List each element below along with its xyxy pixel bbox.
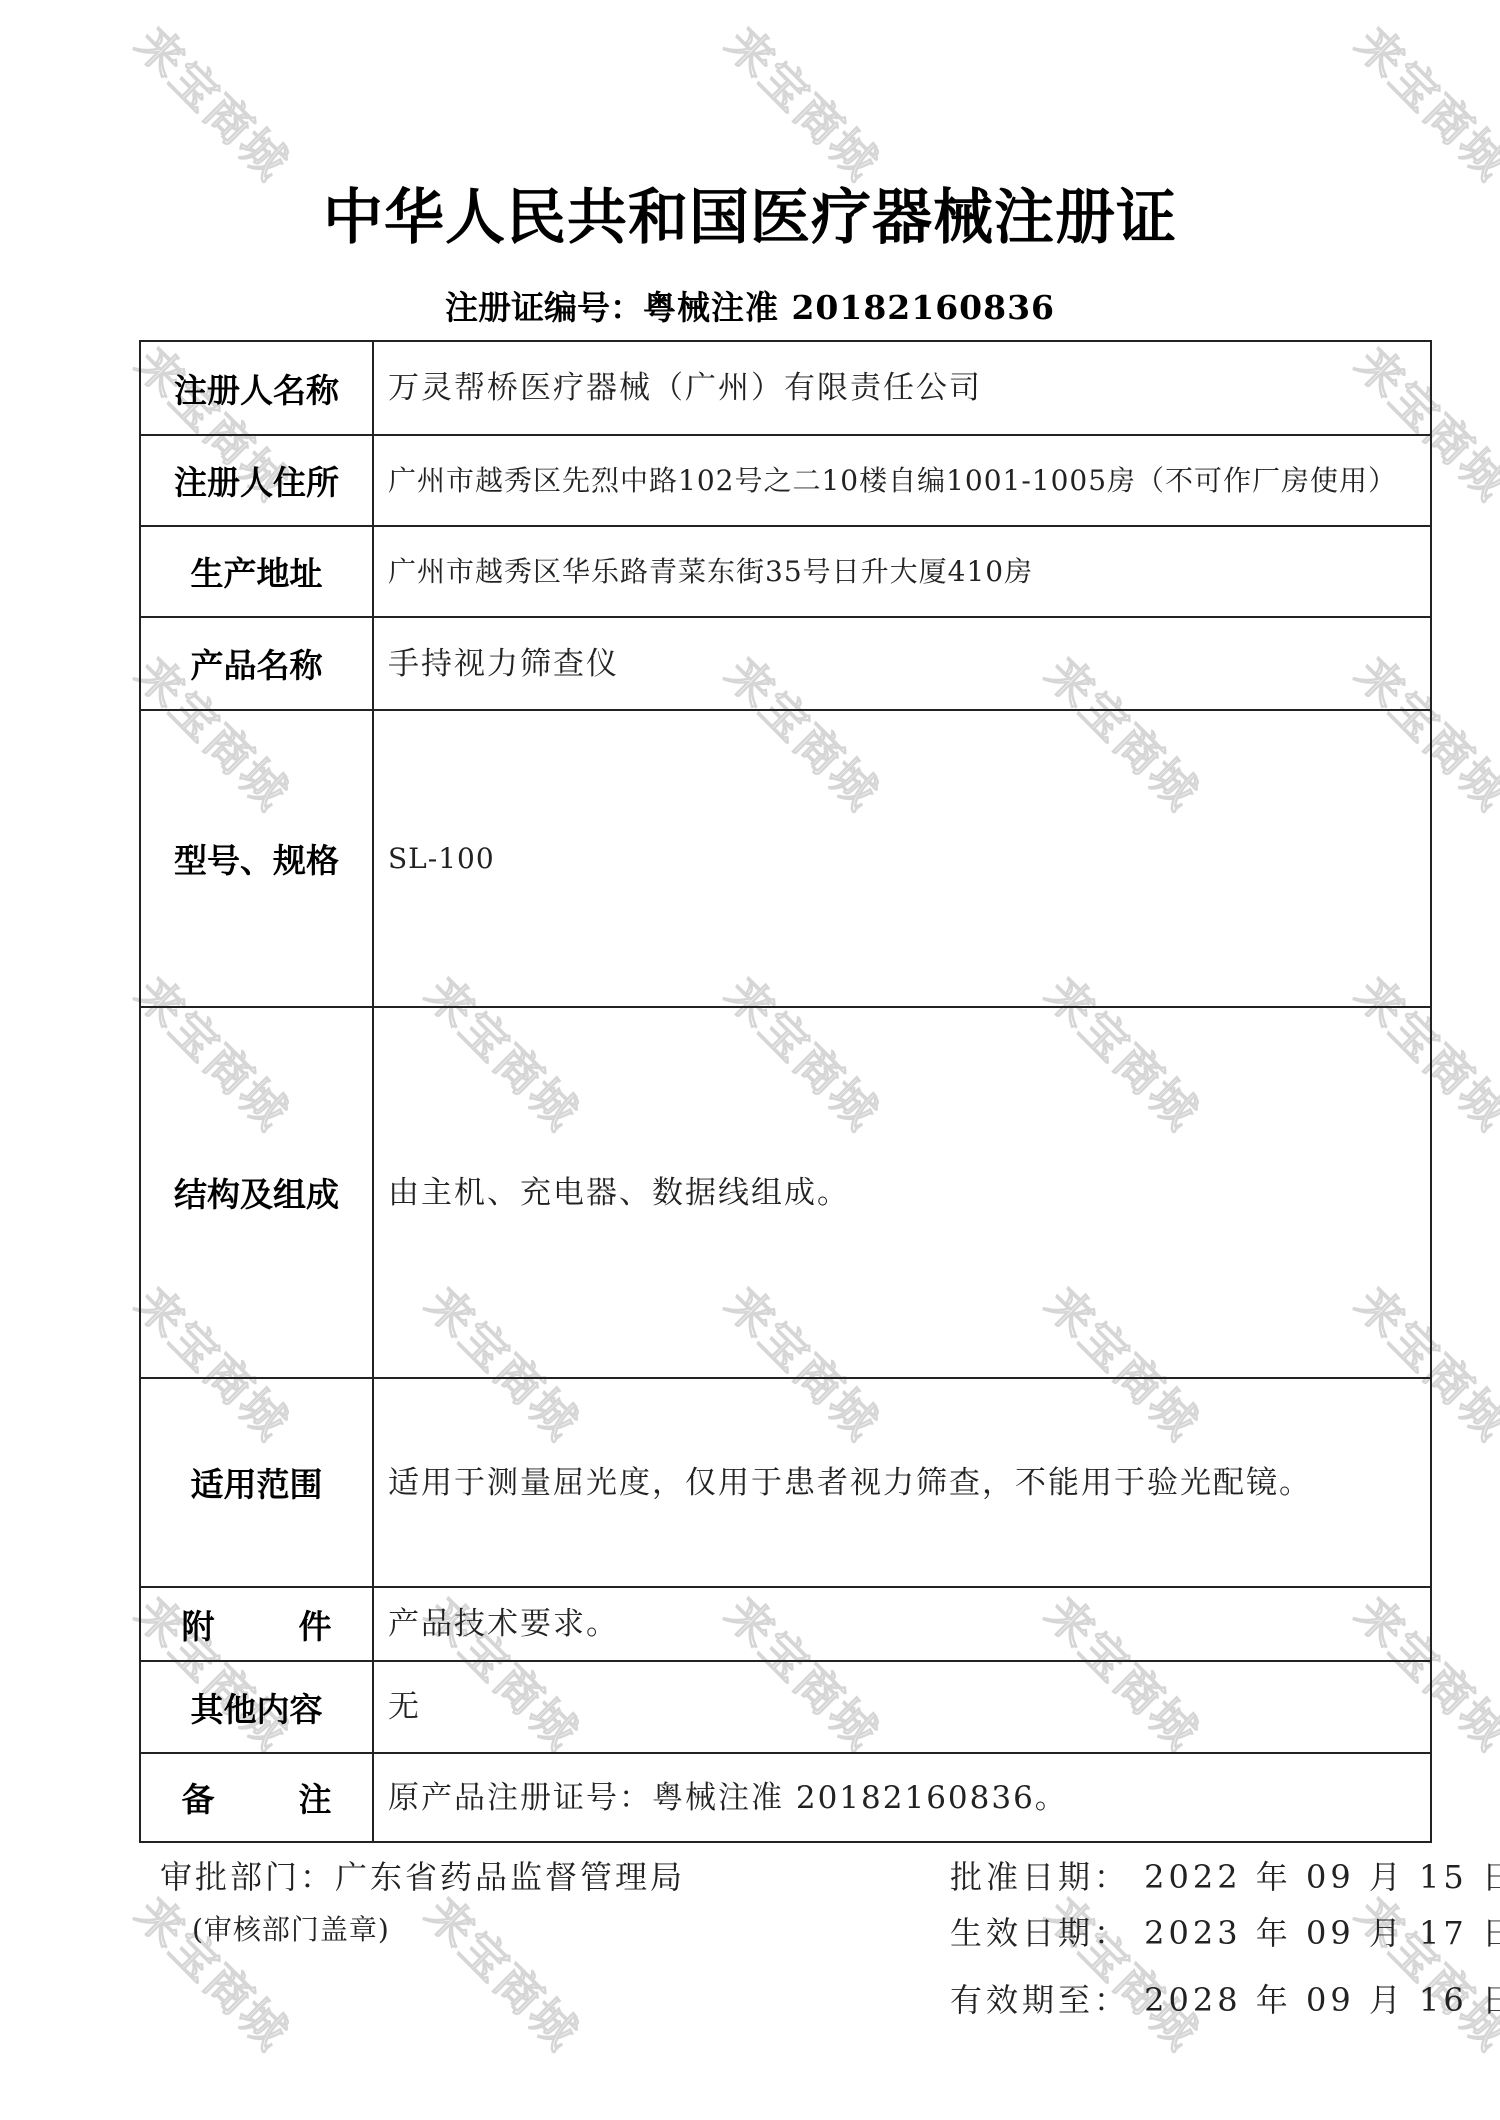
- watermark: 来宝商城: [123, 10, 305, 192]
- table-row-other: 其他内容 无: [140, 1661, 1431, 1753]
- table-row-scope: 适用范围 适用于测量屈光度，仅用于患者视力筛查，不能用于验光配镜。: [140, 1378, 1431, 1587]
- approval-department: 审批部门：广东省药品监督管理局: [160, 1852, 685, 1898]
- row-value: 手持视力筛查仪: [373, 617, 1431, 710]
- registration-number-line: 注册证编号：粤械注准 20182160836: [0, 282, 1500, 329]
- row-label: 适用范围: [140, 1378, 373, 1587]
- watermark: 来宝商城: [1343, 10, 1500, 192]
- row-value: 适用于测量屈光度，仅用于患者视力筛查，不能用于验光配镜。: [373, 1378, 1431, 1587]
- row-value: 由主机、充电器、数据线组成。: [373, 1007, 1431, 1378]
- row-label: 附件: [140, 1587, 373, 1661]
- row-label-text: 备注: [182, 1774, 332, 1821]
- row-value: SL-100: [373, 710, 1431, 1007]
- row-value: 万灵帮桥医疗器械（广州）有限责任公司: [373, 341, 1431, 435]
- table-row-structure: 结构及组成 由主机、充电器、数据线组成。: [140, 1007, 1431, 1378]
- row-label: 其他内容: [140, 1661, 373, 1753]
- table-row-remarks: 备注 原产品注册证号：粤械注准 20182160836。: [140, 1753, 1431, 1842]
- row-label: 注册人名称: [140, 341, 373, 435]
- row-label: 生产地址: [140, 526, 373, 617]
- seal-note: (审核部门盖章): [192, 1908, 390, 1948]
- registration-number: 粤械注准 20182160836: [643, 288, 1055, 327]
- certificate-page: 来宝商城 来宝商城 来宝商城 来宝商城 来宝商城 来宝商城 来宝商城 来宝商城 …: [0, 0, 1500, 2120]
- row-label: 备注: [140, 1753, 373, 1842]
- row-value: 产品技术要求。: [373, 1587, 1431, 1661]
- row-label: 型号、规格: [140, 710, 373, 1007]
- document-title: 中华人民共和国医疗器械注册证: [0, 170, 1500, 256]
- row-label: 结构及组成: [140, 1007, 373, 1378]
- table-row-product-name: 产品名称 手持视力筛查仪: [140, 617, 1431, 710]
- row-value: 无: [373, 1661, 1431, 1753]
- table-row-model-spec: 型号、规格 SL-100: [140, 710, 1431, 1007]
- effective-date: 生效日期： 2023 年 09 月 17 日: [950, 1908, 1500, 1954]
- row-value: 广州市越秀区华乐路青菜东街35号日升大厦410房: [373, 526, 1431, 617]
- row-label: 注册人住所: [140, 435, 373, 526]
- watermark: 来宝商城: [713, 10, 895, 192]
- approval-date: 批准日期： 2022 年 09 月 15 日: [950, 1852, 1500, 1898]
- table-row-production-address: 生产地址 广州市越秀区华乐路青菜东街35号日升大厦410房: [140, 526, 1431, 617]
- certificate-table: 注册人名称 万灵帮桥医疗器械（广州）有限责任公司 注册人住所 广州市越秀区先烈中…: [139, 340, 1432, 1843]
- row-value: 广州市越秀区先烈中路102号之二10楼自编1001-1005房（不可作厂房使用）: [373, 435, 1431, 526]
- row-label-text: 附件: [182, 1601, 332, 1648]
- valid-until: 有效期至： 2028 年 09 月 16 日: [950, 1975, 1500, 2021]
- table-row-attachment: 附件 产品技术要求。: [140, 1587, 1431, 1661]
- row-value: 原产品注册证号：粤械注准 20182160836。: [373, 1753, 1431, 1842]
- registration-number-label: 注册证编号：: [445, 288, 643, 327]
- table-row-registrant-name: 注册人名称 万灵帮桥医疗器械（广州）有限责任公司: [140, 341, 1431, 435]
- watermark: 来宝商城: [413, 1880, 595, 2062]
- row-label: 产品名称: [140, 617, 373, 710]
- table-row-registrant-address: 注册人住所 广州市越秀区先烈中路102号之二10楼自编1001-1005房（不可…: [140, 435, 1431, 526]
